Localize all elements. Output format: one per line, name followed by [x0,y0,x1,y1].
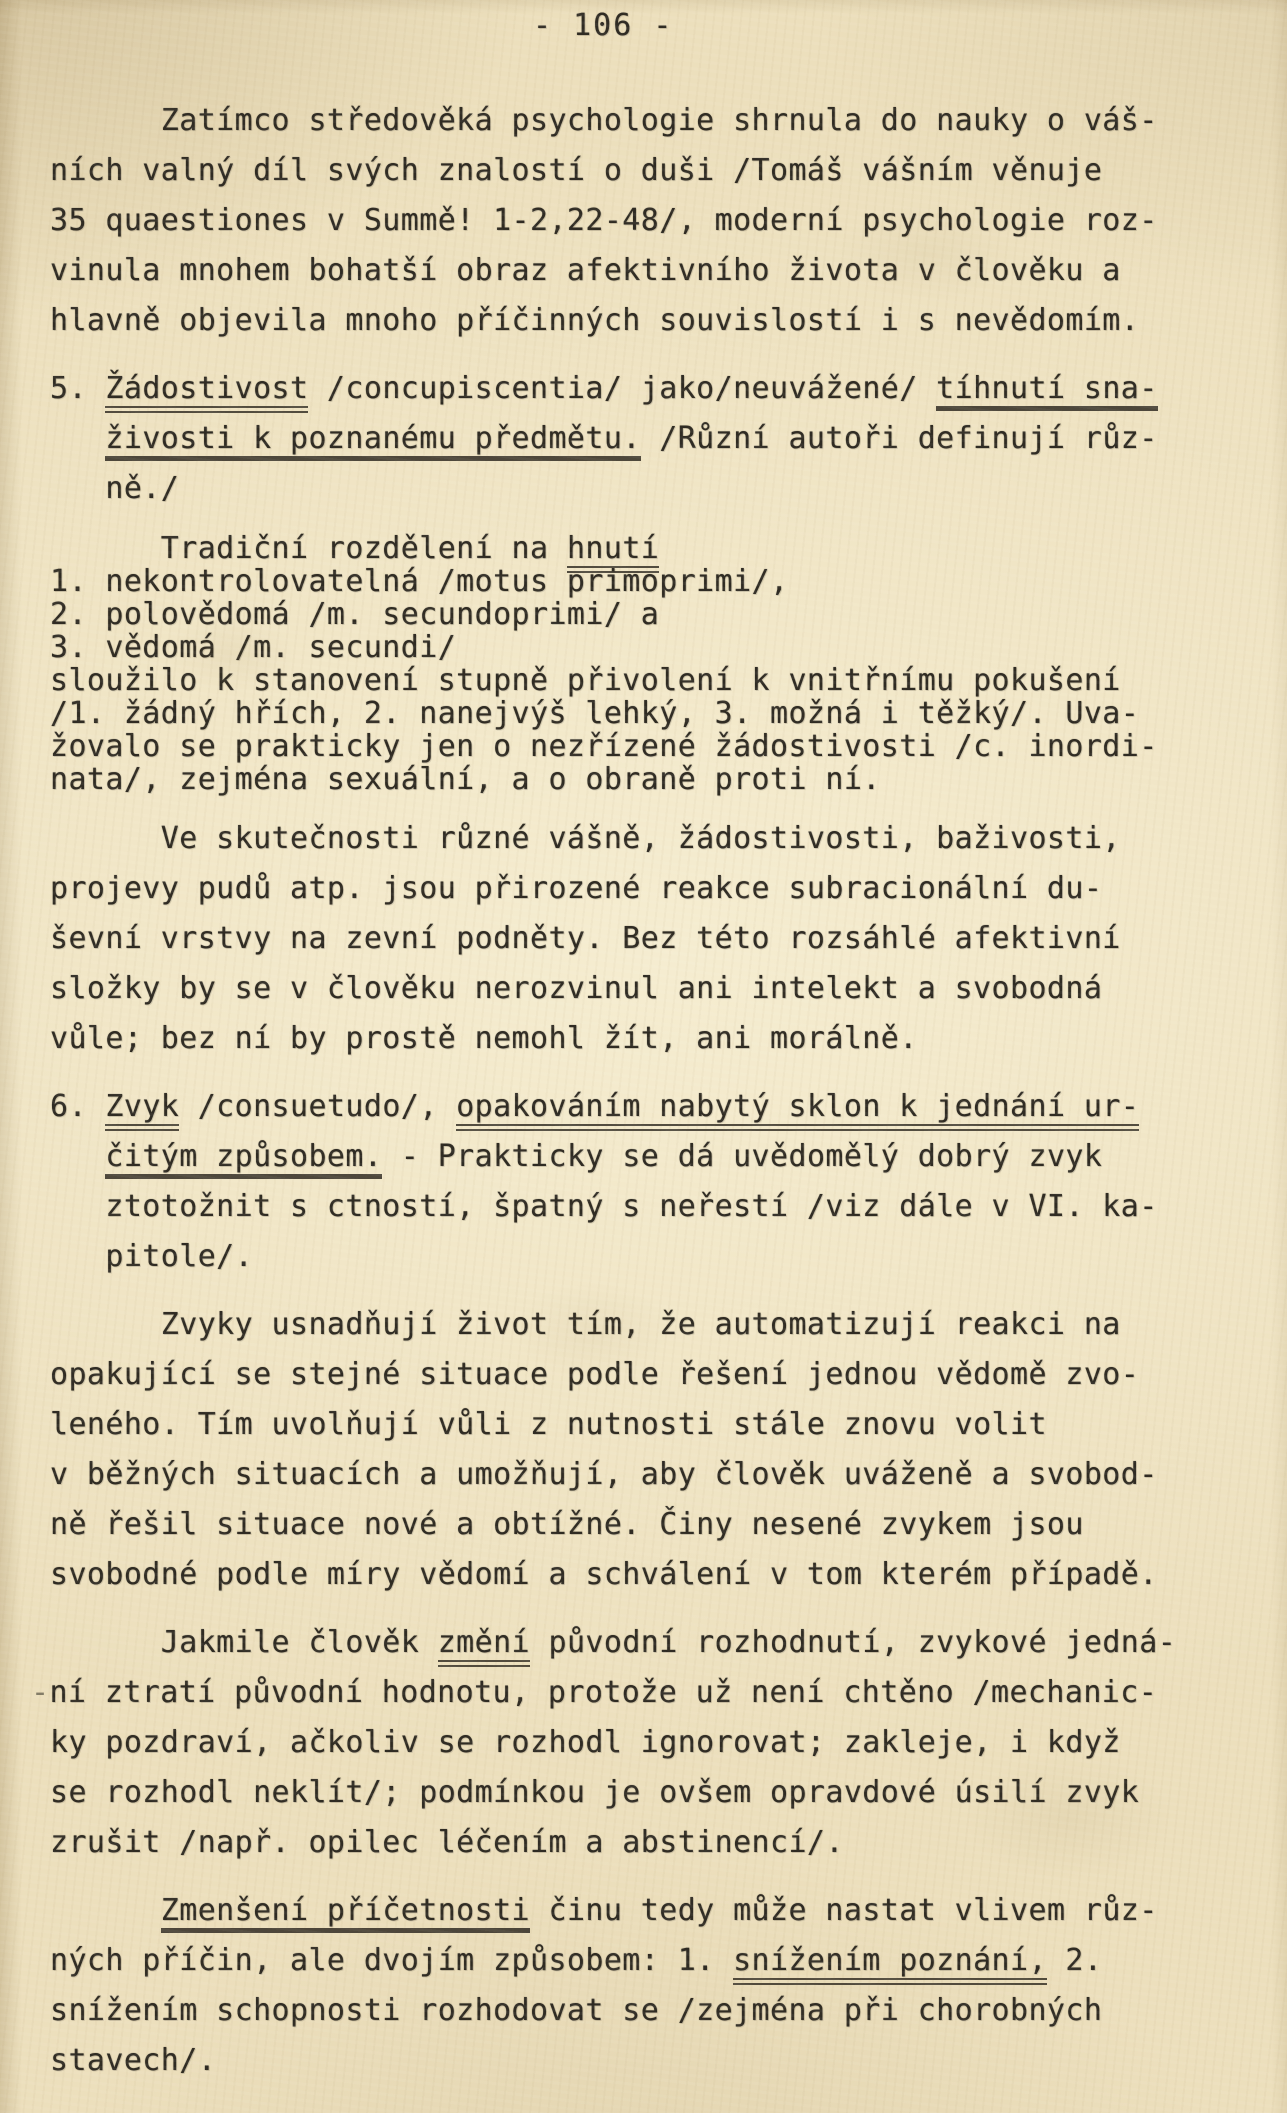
text-line: -ní ztratí původní hodnotu, protože už n… [50,1668,1251,1718]
text-segment: 3. vědomá /m. secundi/ [50,630,456,665]
text-line: 35 quaestiones v Summě! 1-2,22-48/, mode… [50,196,1251,246]
text-line: vůle; bez ní by prostě nemohl žít, ani m… [50,1014,1251,1064]
text-segment [50,1893,161,1928]
text-line: ných příčin, ale dvojím způsobem: 1. sní… [50,1936,1251,1986]
item-6-zvyk: 6. Zvyk /consuetudo/, opakováním nabytý … [50,1082,1251,1282]
text-segment: sloužilo k stanovení stupně přivolení k … [50,663,1121,698]
text-line: 6. Zvyk /consuetudo/, opakováním nabytý … [50,1082,1251,1132]
text-segment: nata/, zejména sexuální, a o obraně prot… [50,762,881,797]
habits-paragraph: Zvyky usnadňují život tím, že automatizu… [50,1300,1251,1600]
text-line: v běžných situacích a umožňují, aby člov… [50,1450,1251,1500]
underlined-text: změní [438,1625,530,1667]
text-segment: leného. Tím uvolňují vůli z nutnosti stá… [50,1407,1047,1442]
passions-paragraph: Ve skutečnosti různé vášně, žádostivosti… [50,814,1251,1064]
text-segment [50,1139,105,1174]
text-segment: ně./ [50,471,179,506]
text-segment: ně řešil situace nové a obtížné. Činy ne… [50,1507,1084,1542]
page-body: Zatímco středověká psychologie shrnula d… [50,96,1251,2086]
text-line: ně řešil situace nové a obtížné. Činy ne… [50,1500,1251,1550]
text-line: Zatímco středověká psychologie shrnula d… [50,96,1251,146]
text-segment: původní rozhodnutí, zvykové jedná- [530,1625,1176,1660]
text-segment: snížením schopnosti rozhodovat se /zejmé… [50,1993,1102,2028]
text-line: Zvyky usnadňují život tím, že automatizu… [50,1300,1251,1350]
underlined-text: živosti k poznanému předmětu. [105,421,640,461]
text-segment: Zatímco středověká psychologie shrnula d… [50,103,1158,138]
text-line: složky by se v člověku nerozvinul ani in… [50,964,1251,1014]
text-segment: žovalo se prakticky jen o nezřízené žádo… [50,729,1158,764]
text-segment: činu tedy může nastat vlivem růz- [530,1893,1158,1928]
underlined-text: Zmenšení příčetnosti [161,1893,530,1933]
text-line: ních valný díl svých znalostí o duši /To… [50,146,1251,196]
text-line: Ve skutečnosti různé vášně, žádostivosti… [50,814,1251,864]
text-line: sloužilo k stanovení stupně přivolení k … [50,664,1251,697]
text-line: ztotožnit s ctností, špatný s neřestí /v… [50,1182,1251,1232]
text-segment: ních valný díl svých znalostí o duši /To… [50,153,1102,188]
text-segment: 35 quaestiones v Summě! 1-2,22-48/, mode… [50,203,1158,238]
text-segment: ní ztratí původní hodnotu, protože už ne… [49,1675,1157,1710]
underlined-text: tíhnutí sna- [936,371,1158,411]
text-line: ševní vrstvy na zevní podněty. Bez této … [50,914,1251,964]
text-segment: /concupiscentia/ jako/neuvážené/ [308,371,936,406]
intro-paragraph: Zatímco středověká psychologie shrnula d… [50,96,1251,346]
text-line: 2. polovědomá /m. secundoprimi/ a [50,598,1251,631]
text-segment: Ve skutečnosti různé vášně, žádostivosti… [50,821,1121,856]
text-segment: 2. [1047,1943,1102,1978]
text-segment: zrušit /např. opilec léčením a abstinenc… [50,1825,844,1860]
text-line: nata/, zejména sexuální, a o obraně prot… [50,763,1251,796]
text-segment: - Prakticky se dá uvědomělý dobrý zvyk [382,1139,1102,1174]
text-segment: 1. nekontrolovatelná /motus primoprimi/, [50,564,788,599]
text-segment: v běžných situacích a umožňují, aby člov… [50,1457,1158,1492]
text-line: žovalo se prakticky jen o nezřízené žádo… [50,730,1251,763]
underlined-text: čitým způsobem. [105,1139,382,1179]
traditional-division-list: Tradiční rozdělení na hnutí1. nekontrolo… [50,532,1251,796]
text-line: Tradiční rozdělení na hnutí [50,532,1251,565]
text-line: snížením schopnosti rozhodovat se /zejmé… [50,1986,1251,2036]
page-number: - 106 - [50,6,1251,46]
text-line: ně./ [50,464,1251,514]
text-line: 1. nekontrolovatelná /motus primoprimi/, [50,565,1251,598]
text-segment: /Různí autoři definují růz- [641,421,1158,456]
item-5-zadostivost: 5. Žádostivost /concupiscentia/ jako/neu… [50,364,1251,514]
text-segment: Zvyky usnadňují život tím, že automatizu… [50,1307,1121,1342]
text-segment: /1. žádný hřích, 2. nanejvýš lehký, 3. m… [50,696,1139,731]
text-line: 5. Žádostivost /concupiscentia/ jako/neu… [50,364,1251,414]
text-segment: se rozhodl neklít/; podmínkou je ovšem o… [50,1775,1139,1810]
text-segment: 2. polovědomá /m. secundoprimi/ a [50,597,659,632]
text-line: opakující se stejné situace podle řešení… [50,1350,1251,1400]
text-line: hlavně objevila mnoho příčinných souvisl… [50,296,1251,346]
text-line: Zmenšení příčetnosti činu tedy může nast… [50,1886,1251,1936]
text-line: Jakmile člověk změní původní rozhodnutí,… [50,1618,1251,1668]
text-segment: ševní vrstvy na zevní podněty. Bez této … [50,921,1121,956]
text-segment: projevy pudů atp. jsou přirozené reakce … [50,871,1102,906]
text-segment: Tradiční rozdělení na [50,531,567,566]
text-segment: 6. [50,1089,105,1124]
text-line: stavech/. [50,2036,1251,2086]
text-segment: /consuetudo/, [179,1089,456,1124]
text-line: zrušit /např. opilec léčením a abstinenc… [50,1818,1251,1868]
text-line: ky pozdraví, ačkoliv se rozhodl ignorova… [50,1718,1251,1768]
text-segment: vůle; bez ní by prostě nemohl žít, ani m… [50,1021,918,1056]
diminished-culpability-paragraph: Zmenšení příčetnosti činu tedy může nast… [50,1886,1251,2086]
document-page: - 106 - Zatímco středověká psychologie s… [0,0,1287,2113]
text-segment: pitole/. [50,1239,253,1274]
text-segment: Jakmile člověk [50,1625,438,1660]
underlined-text: Zvyk [105,1089,179,1131]
text-segment: vinula mnohem bohatší obraz afektivního … [50,253,1121,288]
text-line: 3. vědomá /m. secundi/ [50,631,1251,664]
text-line: svobodné podle míry vědomí a schválení v… [50,1550,1251,1600]
underlined-text: Žádostivost [105,371,308,413]
text-segment: svobodné podle míry vědomí a schválení v… [50,1557,1158,1592]
text-segment: 5. [50,371,105,406]
text-segment: stavech/. [50,2043,216,2078]
text-line: čitým způsobem. - Prakticky se dá uvědom… [50,1132,1251,1182]
text-line: projevy pudů atp. jsou přirozené reakce … [50,864,1251,914]
text-segment [50,421,105,456]
text-line: vinula mnohem bohatší obraz afektivního … [50,246,1251,296]
text-segment: ných příčin, ale dvojím způsobem: 1. [50,1943,733,1978]
text-line: se rozhodl neklít/; podmínkou je ovšem o… [50,1768,1251,1818]
text-segment: ztotožnit s ctností, špatný s neřestí /v… [50,1189,1158,1224]
text-segment: hlavně objevila mnoho příčinných souvisl… [50,303,1139,338]
text-line: živosti k poznanému předmětu. /Různí aut… [50,414,1251,464]
text-segment: složky by se v člověku nerozvinul ani in… [50,971,1102,1006]
text-segment: opakující se stejné situace podle řešení… [50,1357,1139,1392]
text-segment: ky pozdraví, ačkoliv se rozhodl ignorova… [50,1725,1121,1760]
underlined-text: opakováním nabytý sklon k jednání ur- [456,1089,1139,1131]
margin-stray-hyphen: - [31,1668,49,1718]
text-line: leného. Tím uvolňují vůli z nutnosti stá… [50,1400,1251,1450]
decision-change-paragraph: Jakmile člověk změní původní rozhodnutí,… [50,1618,1251,1868]
text-line: pitole/. [50,1232,1251,1282]
underlined-text: snížením poznání, [733,1943,1047,1985]
text-line: /1. žádný hřích, 2. nanejvýš lehký, 3. m… [50,697,1251,730]
